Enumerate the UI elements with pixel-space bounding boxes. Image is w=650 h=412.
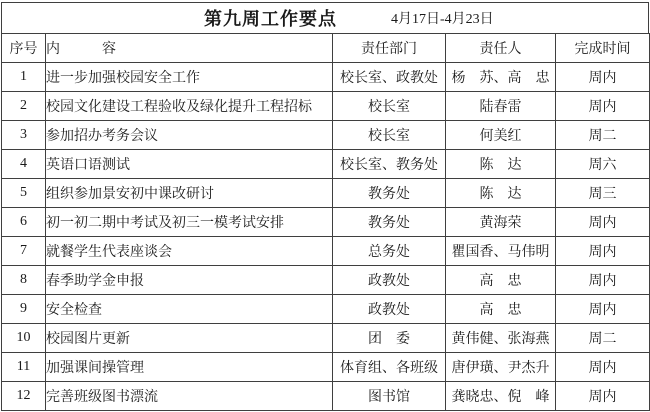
row-content: 加强课间操管理 bbox=[46, 353, 333, 382]
row-department: 校长室、政教处 bbox=[333, 63, 446, 92]
row-finish-time: 周内 bbox=[556, 63, 650, 92]
header-department: 责任部门 bbox=[333, 34, 446, 63]
row-content: 校园图片更新 bbox=[46, 324, 333, 353]
table-header-row: 序号 内 容 责任部门 责任人 完成时间 bbox=[2, 34, 650, 63]
table-row: 7 就餐学生代表座谈会 总务处 瞿国香、马伟明 周内 bbox=[2, 237, 650, 266]
row-serial-number: 8 bbox=[2, 266, 46, 295]
row-finish-time: 周内 bbox=[556, 92, 650, 121]
row-person: 龚晓忠、倪 峰 bbox=[446, 382, 556, 411]
header-content: 内 容 bbox=[46, 34, 333, 63]
row-person: 陈 达 bbox=[446, 179, 556, 208]
table-row: 5 组织参加景安初中课改研讨 教务处 陈 达 周三 bbox=[2, 179, 650, 208]
row-person: 高 忠 bbox=[446, 295, 556, 324]
row-person: 陆春雷 bbox=[446, 92, 556, 121]
header-serial-number: 序号 bbox=[2, 34, 46, 63]
row-serial-number: 12 bbox=[2, 382, 46, 411]
row-department: 政教处 bbox=[333, 295, 446, 324]
row-person: 杨 苏、高 忠 bbox=[446, 63, 556, 92]
header-person: 责任人 bbox=[446, 34, 556, 63]
row-finish-time: 周二 bbox=[556, 324, 650, 353]
row-serial-number: 6 bbox=[2, 208, 46, 237]
row-content: 参加招办考务会议 bbox=[46, 121, 333, 150]
row-serial-number: 3 bbox=[2, 121, 46, 150]
table-body: 1 进一步加强校园安全工作 校长室、政教处 杨 苏、高 忠 周内 2 校园文化建… bbox=[2, 63, 650, 411]
row-finish-time: 周内 bbox=[556, 237, 650, 266]
row-finish-time: 周二 bbox=[556, 121, 650, 150]
row-serial-number: 4 bbox=[2, 150, 46, 179]
table-row: 12 完善班级图书漂流 图书馆 龚晓忠、倪 峰 周内 bbox=[2, 382, 650, 411]
row-content: 英语口语测试 bbox=[46, 150, 333, 179]
row-finish-time: 周内 bbox=[556, 382, 650, 411]
row-person: 陈 达 bbox=[446, 150, 556, 179]
row-department: 总务处 bbox=[333, 237, 446, 266]
row-person: 瞿国香、马伟明 bbox=[446, 237, 556, 266]
row-content: 安全检查 bbox=[46, 295, 333, 324]
row-department: 教务处 bbox=[333, 208, 446, 237]
table-row: 3 参加招办考务会议 校长室 何美红 周二 bbox=[2, 121, 650, 150]
row-department: 政教处 bbox=[333, 266, 446, 295]
row-department: 体育组、各班级 bbox=[333, 353, 446, 382]
document-page: 第九周工作要点 4月17日-4月23日 序号 内 容 责任部门 责任人 完成时间… bbox=[0, 0, 650, 412]
row-finish-time: 周三 bbox=[556, 179, 650, 208]
header-finish-time: 完成时间 bbox=[556, 34, 650, 63]
row-person: 高 忠 bbox=[446, 266, 556, 295]
date-range: 4月17日-4月23日 bbox=[391, 8, 494, 28]
row-serial-number: 9 bbox=[2, 295, 46, 324]
row-person: 何美红 bbox=[446, 121, 556, 150]
row-person: 唐伊璜、尹杰升 bbox=[446, 353, 556, 382]
row-content: 初一初二期中考试及初三一模考试安排 bbox=[46, 208, 333, 237]
table-row: 9 安全检查 政教处 高 忠 周内 bbox=[2, 295, 650, 324]
row-content: 春季助学金申报 bbox=[46, 266, 333, 295]
table-row: 2 校园文化建设工程验收及绿化提升工程招标 校长室 陆春雷 周内 bbox=[2, 92, 650, 121]
row-department: 校长室 bbox=[333, 121, 446, 150]
row-finish-time: 周内 bbox=[556, 266, 650, 295]
row-content: 就餐学生代表座谈会 bbox=[46, 237, 333, 266]
row-serial-number: 11 bbox=[2, 353, 46, 382]
table-row: 4 英语口语测试 校长室、教务处 陈 达 周六 bbox=[2, 150, 650, 179]
row-content: 组织参加景安初中课改研讨 bbox=[46, 179, 333, 208]
row-finish-time: 周内 bbox=[556, 295, 650, 324]
row-department: 团 委 bbox=[333, 324, 446, 353]
row-department: 图书馆 bbox=[333, 382, 446, 411]
row-serial-number: 7 bbox=[2, 237, 46, 266]
row-content: 进一步加强校园安全工作 bbox=[46, 63, 333, 92]
row-content: 校园文化建设工程验收及绿化提升工程招标 bbox=[46, 92, 333, 121]
row-finish-time: 周内 bbox=[556, 353, 650, 382]
table-row: 8 春季助学金申报 政教处 高 忠 周内 bbox=[2, 266, 650, 295]
row-department: 教务处 bbox=[333, 179, 446, 208]
row-department: 校长室、教务处 bbox=[333, 150, 446, 179]
row-person: 黄海荣 bbox=[446, 208, 556, 237]
row-serial-number: 5 bbox=[2, 179, 46, 208]
row-serial-number: 2 bbox=[2, 92, 46, 121]
table-row: 6 初一初二期中考试及初三一模考试安排 教务处 黄海荣 周内 bbox=[2, 208, 650, 237]
work-points-table: 序号 内 容 责任部门 责任人 完成时间 1 进一步加强校园安全工作 校长室、政… bbox=[1, 33, 650, 411]
row-serial-number: 1 bbox=[2, 63, 46, 92]
row-department: 校长室 bbox=[333, 92, 446, 121]
table-row: 10 校园图片更新 团 委 黄伟健、张海燕 周二 bbox=[2, 324, 650, 353]
row-content: 完善班级图书漂流 bbox=[46, 382, 333, 411]
document-header: 第九周工作要点 4月17日-4月23日 bbox=[1, 2, 649, 33]
table-row: 1 进一步加强校园安全工作 校长室、政教处 杨 苏、高 忠 周内 bbox=[2, 63, 650, 92]
table-row: 11 加强课间操管理 体育组、各班级 唐伊璜、尹杰升 周内 bbox=[2, 353, 650, 382]
page-title: 第九周工作要点 bbox=[204, 5, 337, 31]
row-serial-number: 10 bbox=[2, 324, 46, 353]
row-person: 黄伟健、张海燕 bbox=[446, 324, 556, 353]
row-finish-time: 周内 bbox=[556, 208, 650, 237]
row-finish-time: 周六 bbox=[556, 150, 650, 179]
